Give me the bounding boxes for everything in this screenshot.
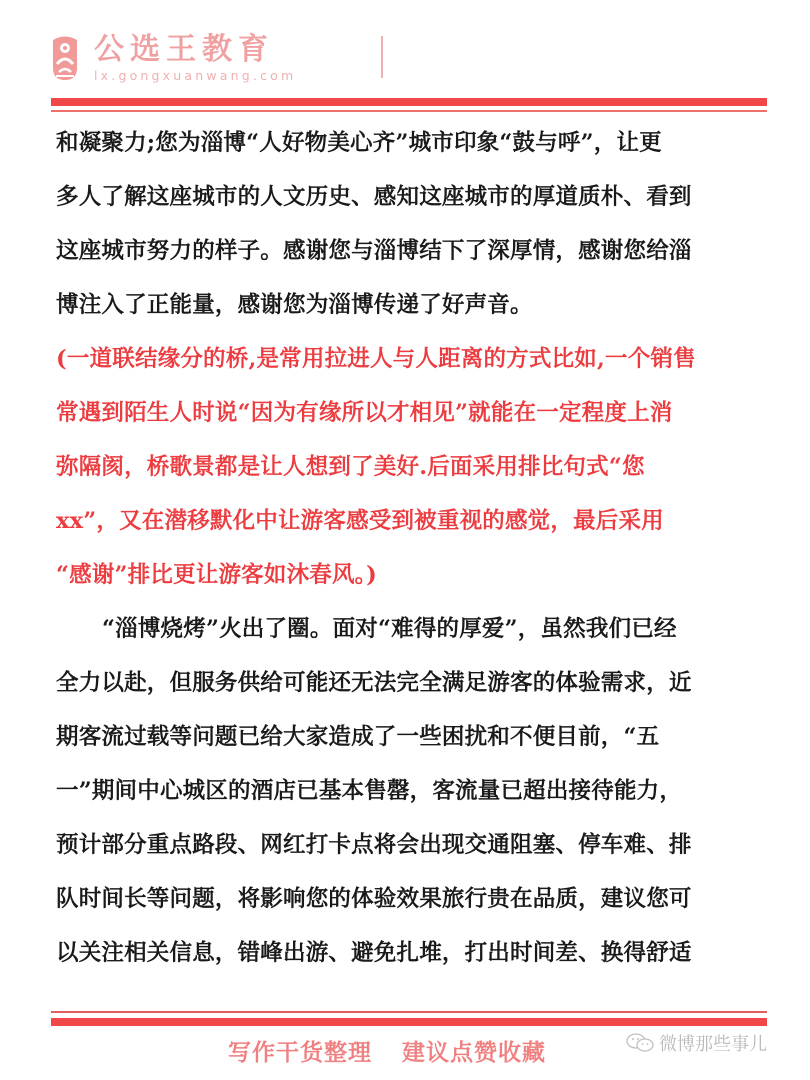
annotation-line: 常遇到陌生人时说“因为有缘所以才相见”就能在一定程度上消 [56,386,776,440]
text-line: 这座城市努力的样子。感谢您与淄博结下了深厚情，感谢您给淄 [56,224,776,278]
text-line: 多人了解这座城市的人文历史、感知这座城市的厚道质朴、看到 [56,170,776,224]
text-line: 以关注相关信息，错峰出游、避免扎堆，打出时间差、换得舒适 [56,926,776,980]
annotation-line: xx”，又在潜移默化中让游客感受到被重视的感觉，最后采用 [56,494,776,548]
paragraph-annotation: (一道联结缘分的桥,是常用拉进人与人距离的方式比如,一个销售 常遇到陌生人时说“… [56,332,776,602]
watermark-text: 微博那些事儿 [659,1030,767,1056]
brand-header: 公选王教育 lx.gongxuanwang.com [50,28,296,88]
wechat-icon [625,1032,655,1054]
brand-name: 公选王教育 [94,33,296,67]
article-body: 和凝聚力;您为淄博“人好物美心齐”城市印象“鼓与呼”，让更 多人了解这座城市的人… [56,116,776,980]
slogan-left: 写作干货整理 [228,1039,372,1066]
text-line: 一”期间中心城区的酒店已基本售罄，客流量已超出接待能力， [56,764,776,818]
text-line: 全力以赴，但服务供给可能还无法完全满足游客的体验需求，近 [56,656,776,710]
bottom-rule-thin [51,1011,767,1013]
paragraph-bbq-notice: “淄博烧烤”火出了圈。面对“难得的厚爱”，虽然我们已经 全力以赴，但服务供给可能… [56,602,776,980]
top-rule-thick [51,98,767,106]
brand-text: 公选王教育 lx.gongxuanwang.com [94,33,296,84]
annotation-line: 弥隔阂，桥歌景都是让人想到了美好.后面采用排比句式“您 [56,440,776,494]
text-line: 期客流过载等问题已给大家造成了一些困扰和不便目前，“五 [56,710,776,764]
annotation-line: (一道联结缘分的桥,是常用拉进人与人距离的方式比如,一个销售 [56,332,776,386]
annotation-line: “感谢”排比更让游客如沐春风。) [56,548,776,602]
text-line: “淄博烧烤”火出了圈。面对“难得的厚爱”，虽然我们已经 [56,602,776,656]
text-line: 预计部分重点路段、网红打卡点将会出现交通阻塞、停车难、排 [56,818,776,872]
brand-divider [381,36,383,78]
footer-slogan: 写作干货整理建议点赞收藏 [228,1034,546,1067]
brand-url: lx.gongxuanwang.com [94,68,296,84]
text-line: 和凝聚力;您为淄博“人好物美心齐”城市印象“鼓与呼”，让更 [56,116,776,170]
source-watermark: 微博那些事儿 [625,1030,767,1056]
top-rule-thin [51,110,767,112]
text-line: 队时间长等问题，将影响您的体验效果旅行贵在品质，建议您可 [56,872,776,926]
gongxuanwang-logo-icon [50,34,80,82]
text-line: 博注入了正能量，感谢您为淄博传递了好声音。 [56,278,776,332]
paragraph-closing-thanks: 和凝聚力;您为淄博“人好物美心齐”城市印象“鼓与呼”，让更 多人了解这座城市的人… [56,116,776,332]
bottom-rule-thick [51,1018,767,1026]
slogan-right: 建议点赞收藏 [402,1039,546,1066]
